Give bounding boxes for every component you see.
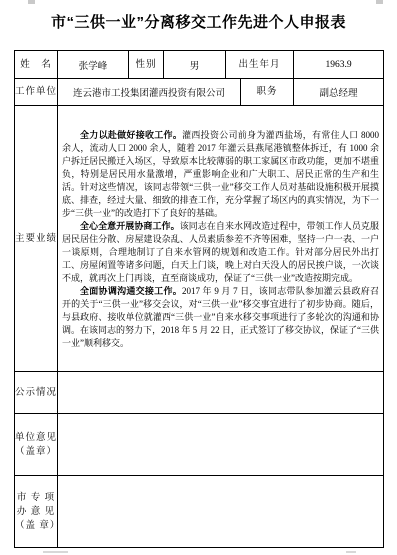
achievement-paragraph-1: 全力以赴做好接收工作。灌西投资公司前身为灌西盐场，有常住人口 8000 余人，流…	[62, 129, 379, 220]
gender-label-cell: 性别	[129, 51, 164, 79]
birth-label-cell: 出生年月	[226, 51, 294, 79]
position-value-cell: 副总经理	[294, 79, 384, 106]
document-page: 市“三供一业”分离移交工作先进个人申报表 姓 名 张学峰 性别 男 出生年月 1…	[0, 0, 397, 555]
office-opinion-label-line1: 市 专 项	[15, 491, 57, 505]
paragraph-1-lead: 全力以赴做好接收工作。	[80, 130, 182, 140]
paragraph-2-lead: 全心全意开展协商工作。	[80, 221, 180, 231]
publicity-value-cell	[58, 372, 384, 414]
office-opinion-label-line2: 办 意 见	[15, 505, 57, 519]
row-unit-opinion: 单位意见 （盖章）	[15, 414, 384, 476]
page-title: 市“三供一业”分离移交工作先进个人申报表	[0, 11, 397, 32]
achievement-paragraph-2: 全心全意开展协商工作。该同志在自来水网改造过程中，带领工作人员克服居民居住分散、…	[62, 220, 379, 285]
unit-opinion-label-cell: 单位意见 （盖章）	[15, 414, 58, 476]
page-corner-mark	[346, 551, 356, 553]
row-work-unit: 工作单位 连云港市工投集团灌西投资有限公司 职务 副总经理	[15, 79, 384, 106]
name-label-cell: 姓 名	[15, 51, 58, 79]
office-opinion-label-cell: 市 专 项 办 意 见 （盖 章）	[15, 476, 58, 548]
paragraph-3-lead: 全面协调沟通交接工作。	[80, 286, 182, 296]
row-publicity: 公示情况	[15, 372, 384, 414]
paragraph-1-body: 灌西投资公司前身为灌西盐场，有常住人口 8000 余人，流动人口 2000 余人…	[62, 130, 379, 218]
application-form-table: 姓 名 张学峰 性别 男 出生年月 1963.9 工作单位 连云港市工投集团灌西…	[14, 50, 384, 548]
page-corner-mark	[28, 0, 35, 4]
page-corner-mark	[43, 551, 68, 553]
position-label-cell: 职务	[241, 79, 294, 106]
row-office-opinion: 市 专 项 办 意 见 （盖 章）	[15, 476, 384, 548]
achievements-content-cell: 全力以赴做好接收工作。灌西投资公司前身为灌西盐场，有常住人口 8000 余人，流…	[58, 106, 384, 372]
birth-value-cell: 1963.9	[294, 51, 384, 79]
row-personal-info: 姓 名 张学峰 性别 男 出生年月 1963.9	[15, 51, 384, 79]
achievement-paragraph-3: 全面协调沟通交接工作。2017 年 9 月 7 日，该同志带队参加灌云县政府召开…	[62, 285, 379, 350]
unit-value-cell: 连云港市工投集团灌西投资有限公司	[58, 79, 241, 106]
unit-opinion-label-line1: 单位意见	[15, 431, 57, 445]
gender-value-cell: 男	[164, 51, 226, 79]
achievements-label-cell: 主要业绩	[15, 106, 58, 372]
row-achievements: 主要业绩 全力以赴做好接收工作。灌西投资公司前身为灌西盐场，有常住人口 8000…	[15, 106, 384, 372]
unit-opinion-label-line2: （盖章）	[15, 445, 57, 459]
unit-label-cell: 工作单位	[15, 79, 58, 106]
publicity-label-cell: 公示情况	[15, 372, 58, 414]
page-corner-mark	[376, 0, 383, 4]
unit-opinion-value-cell	[58, 414, 384, 476]
office-opinion-label-line3: （盖 章）	[15, 519, 57, 533]
achievements-text: 全力以赴做好接收工作。灌西投资公司前身为灌西盐场，有常住人口 8000 余人，流…	[58, 125, 383, 352]
name-value-cell: 张学峰	[58, 51, 129, 79]
office-opinion-value-cell	[58, 476, 384, 548]
